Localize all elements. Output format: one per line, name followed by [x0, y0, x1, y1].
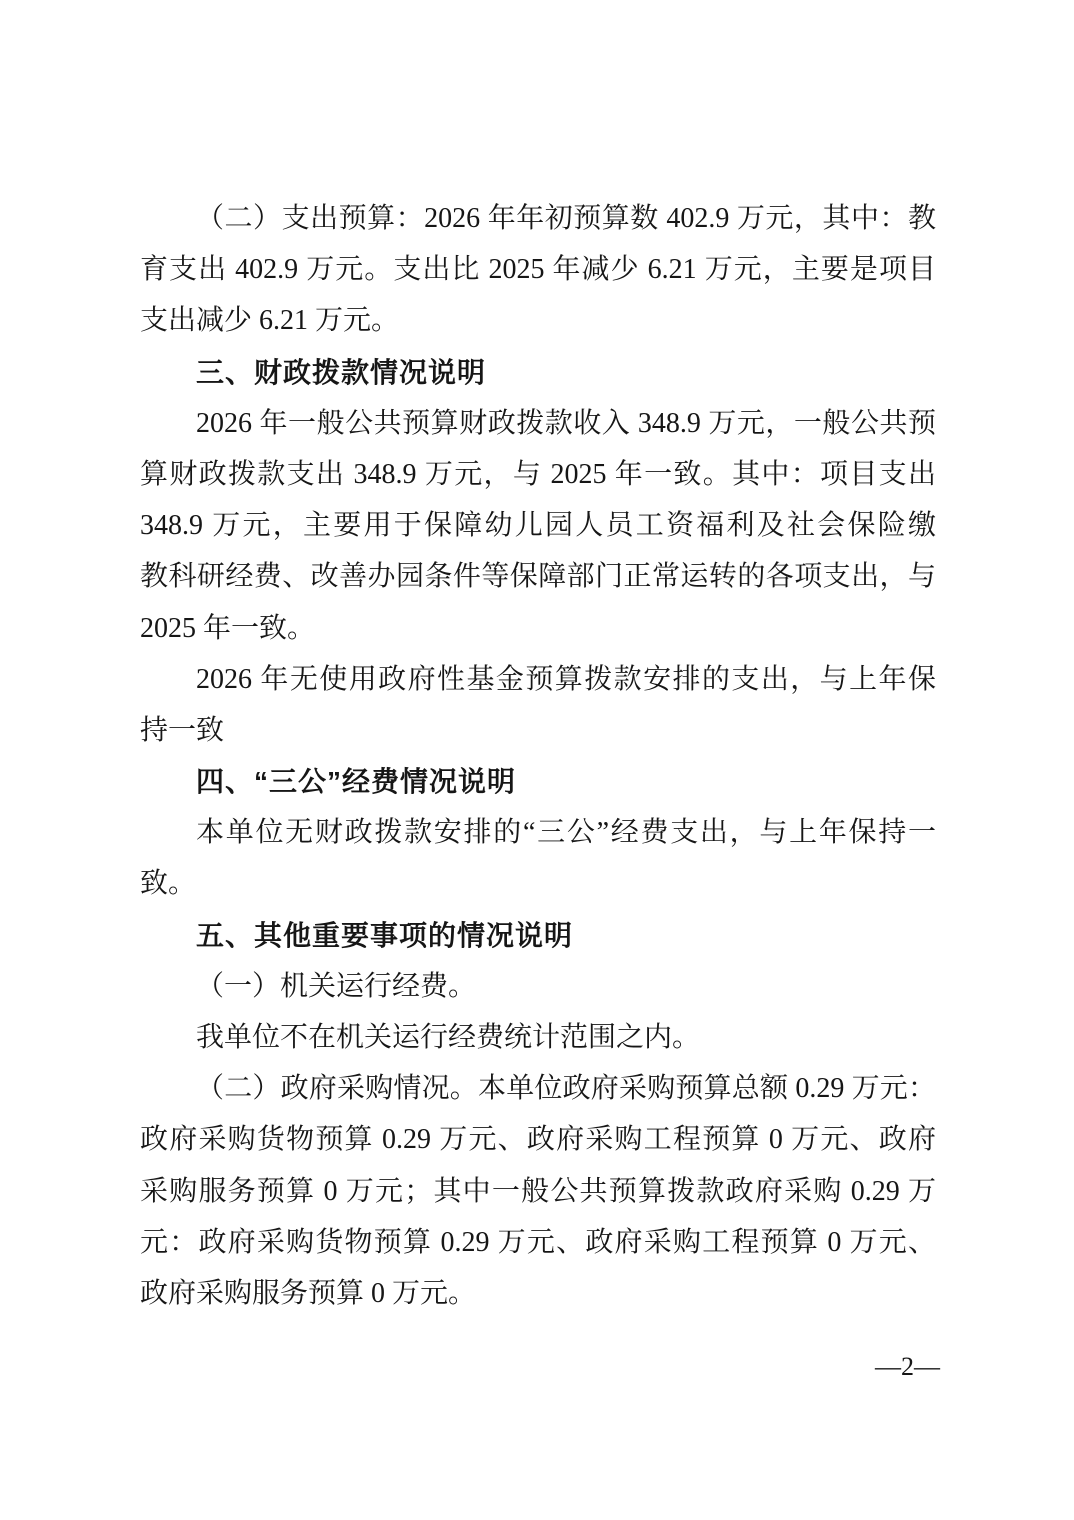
- document-page: （二）支出预算：2026 年年初预算数 402.9 万元，其中：教 育支出 40…: [0, 0, 1074, 1520]
- document-line: （二）政府采购情况。本单位政府采购预算总额 0.29 万元：: [140, 1063, 936, 1114]
- document-line: 元：政府采购货物预算 0.29 万元、政府采购工程预算 0 万元、: [140, 1217, 936, 1268]
- section-heading-fiscal-appropriation: 三、财政拨款情况说明: [140, 347, 936, 398]
- document-line: 育支出 402.9 万元。支出比 2025 年减少 6.21 万元，主要是项目: [140, 244, 936, 295]
- document-line: 支出减少 6.21 万元。: [140, 295, 936, 346]
- document-line: 算财政拨款支出 348.9 万元，与 2025 年一致。其中：项目支出: [140, 449, 936, 500]
- document-line: 采购服务预算 0 万元；其中一般公共预算拨款政府采购 0.29 万: [140, 1166, 936, 1217]
- document-line: 教科研经费、改善办园条件等保障部门正常运转的各项支出，与: [140, 551, 936, 602]
- section-heading-three-public-funds: 四、“三公”经费情况说明: [140, 756, 936, 807]
- document-line: 本单位无财政拨款安排的“三公”经费支出，与上年保持一: [140, 807, 936, 858]
- document-line: 2025 年一致。: [140, 603, 936, 654]
- document-line: 政府采购服务预算 0 万元。: [140, 1268, 936, 1319]
- document-body: （二）支出预算：2026 年年初预算数 402.9 万元，其中：教 育支出 40…: [140, 193, 936, 1319]
- page-number: —2—: [875, 1352, 940, 1382]
- document-line: 2026 年无使用政府性基金预算拨款安排的支出，与上年保: [140, 654, 936, 705]
- document-line: 政府采购货物预算 0.29 万元、政府采购工程预算 0 万元、政府: [140, 1114, 936, 1165]
- document-line: 致。: [140, 858, 936, 909]
- section-heading-other-important-matters: 五、其他重要事项的情况说明: [140, 910, 936, 961]
- document-line: 2026 年一般公共预算财政拨款收入 348.9 万元，一般公共预: [140, 398, 936, 449]
- document-line: （一）机关运行经费。: [140, 961, 936, 1012]
- document-line: 持一致: [140, 705, 936, 756]
- document-line: （二）支出预算：2026 年年初预算数 402.9 万元，其中：教: [140, 193, 936, 244]
- document-line: 我单位不在机关运行经费统计范围之内。: [140, 1012, 936, 1063]
- document-line: 348.9 万元，主要用于保障幼儿园人员工资福利及社会保险缴费、: [140, 500, 936, 551]
